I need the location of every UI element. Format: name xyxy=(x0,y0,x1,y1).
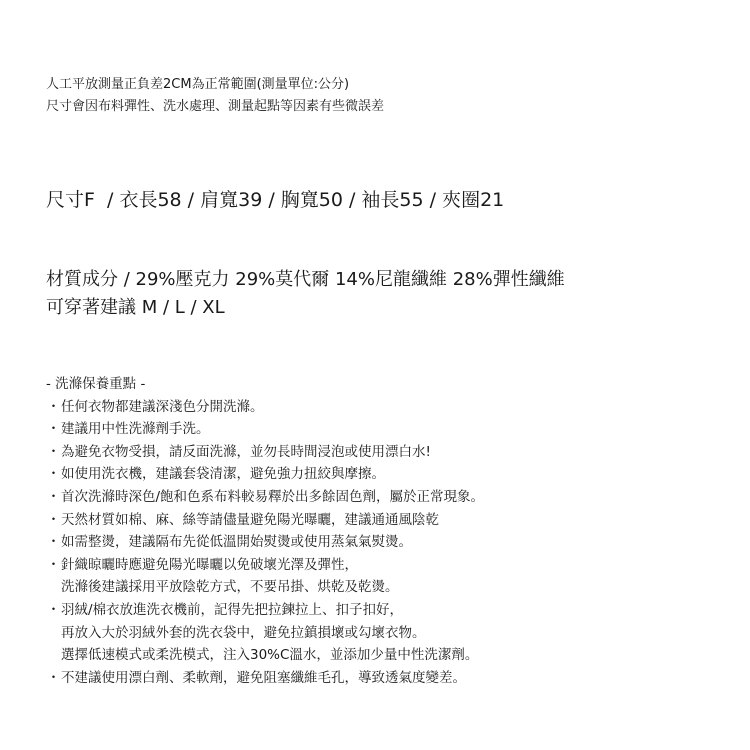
care-item-text: 針織晾曬時應避免陽光曝曬以免破壞光澤及彈性， xyxy=(61,554,358,577)
note-line: 尺寸會因布料彈性、洗水處理、測量起點等因素有些微誤差 xyxy=(46,96,384,118)
care-item-text: 不建議使用漂白劑、柔軟劑，避免阻塞纖維毛孔，導致透氣度變差。 xyxy=(61,667,466,690)
bullet-dot-icon: ・ xyxy=(46,441,61,464)
care-item-continuation: 再放入大於羽絨外套的洗衣袋中，避免拉鎮損壞或勾壞衣物。 xyxy=(46,622,484,645)
care-item-continuation: 洗滌後建議採用平放陰乾方式，不要吊掛、烘乾及乾燙。 xyxy=(46,576,484,599)
size-info: 尺寸F / 衣長58 / 肩寬39 / 胸寬50 / 袖長55 / 夾圈21 xyxy=(46,186,504,214)
measurement-note: 人工平放測量正負差2CM為正常範圍(測量單位:公分) 尺寸會因布料彈性、洗水處理… xyxy=(46,74,384,118)
care-item: ・天然材質如棉、麻、絲等請儘量避免陽光曝曬，建議通通風陰乾 xyxy=(46,509,484,532)
bullet-dot-icon: ・ xyxy=(46,486,61,509)
care-item: ・建議用中性洗滌劑手洗。 xyxy=(46,418,484,441)
material-info: 材質成分 / 29%壓克力 29%莫代爾 14%尼龍纖維 28%彈性纖維 可穿著… xyxy=(46,266,565,322)
care-item-text: 再放入大於羽絨外套的洗衣袋中，避免拉鎮損壞或勾壞衣物。 xyxy=(61,622,426,645)
care-item-text: 首次洗滌時深色/飽和色系布料較易釋於出多餘固色劑，屬於正常現象。 xyxy=(61,486,484,509)
care-item-text: 如使用洗衣機，建議套袋清潔，避免強力扭絞與摩擦。 xyxy=(61,463,385,486)
bullet-dot-icon: ・ xyxy=(46,396,61,419)
bullet-dot-icon: ・ xyxy=(46,554,61,577)
size-line: 尺寸F / 衣長58 / 肩寬39 / 胸寬50 / 袖長55 / 夾圈21 xyxy=(46,186,504,214)
fit-suggestion: 可穿著建議 M / L / XL xyxy=(46,294,565,322)
care-title: - 洗滌保養重點 - xyxy=(46,373,484,396)
care-item: ・針織晾曬時應避免陽光曝曬以免破壞光澤及彈性， xyxy=(46,554,484,577)
bullet-dot-icon: ・ xyxy=(46,509,61,532)
care-item: ・首次洗滌時深色/飽和色系布料較易釋於出多餘固色劑，屬於正常現象。 xyxy=(46,486,484,509)
care-item: ・如需整燙，建議隔布先從低溫開始熨燙或使用蒸氣氣熨燙。 xyxy=(46,531,484,554)
care-item-text: 建議用中性洗滌劑手洗。 xyxy=(61,418,210,441)
bullet-dot-icon: ・ xyxy=(46,599,61,622)
care-item-text: 任何衣物都建議深淺色分開洗滌。 xyxy=(61,396,264,419)
bullet-dot-icon: ・ xyxy=(46,463,61,486)
care-item: ・如使用洗衣機，建議套袋清潔，避免強力扭絞與摩擦。 xyxy=(46,463,484,486)
care-item-text: 天然材質如棉、麻、絲等請儘量避免陽光曝曬，建議通通風陰乾 xyxy=(61,509,439,532)
material-composition: 材質成分 / 29%壓克力 29%莫代爾 14%尼龍纖維 28%彈性纖維 xyxy=(46,266,565,294)
care-item-text: 為避免衣物受損，請反面洗滌，並勿長時間浸泡或使用漂白水! xyxy=(61,441,431,464)
bullet-dot-icon xyxy=(46,644,61,667)
care-item: ・不建議使用漂白劑、柔軟劑，避免阻塞纖維毛孔，導致透氣度變差。 xyxy=(46,667,484,690)
care-item-text: 如需整燙，建議隔布先從低溫開始熨燙或使用蒸氣氣熨燙。 xyxy=(61,531,412,554)
care-list: ・任何衣物都建議深淺色分開洗滌。・建議用中性洗滌劑手洗。・為避免衣物受損，請反面… xyxy=(46,396,484,690)
care-item-continuation: 選擇低速模式或柔洗模式，注入30%C溫水，並添加少量中性洗潔劑。 xyxy=(46,644,484,667)
bullet-dot-icon xyxy=(46,622,61,645)
care-item: ・任何衣物都建議深淺色分開洗滌。 xyxy=(46,396,484,419)
bullet-dot-icon xyxy=(46,576,61,599)
care-item-text: 羽絨/棉衣放進洗衣機前，記得先把拉鍊拉上、扣子扣好， xyxy=(61,599,403,622)
bullet-dot-icon: ・ xyxy=(46,531,61,554)
care-item-text: 洗滌後建議採用平放陰乾方式，不要吊掛、烘乾及乾燙。 xyxy=(61,576,399,599)
care-instructions: - 洗滌保養重點 - ・任何衣物都建議深淺色分開洗滌。・建議用中性洗滌劑手洗。・… xyxy=(46,373,484,689)
care-item: ・羽絨/棉衣放進洗衣機前，記得先把拉鍊拉上、扣子扣好， xyxy=(46,599,484,622)
bullet-dot-icon: ・ xyxy=(46,418,61,441)
care-item-text: 選擇低速模式或柔洗模式，注入30%C溫水，並添加少量中性洗潔劑。 xyxy=(61,644,478,667)
note-line: 人工平放測量正負差2CM為正常範圍(測量單位:公分) xyxy=(46,74,384,96)
care-item: ・為避免衣物受損，請反面洗滌，並勿長時間浸泡或使用漂白水! xyxy=(46,441,484,464)
bullet-dot-icon: ・ xyxy=(46,667,61,690)
